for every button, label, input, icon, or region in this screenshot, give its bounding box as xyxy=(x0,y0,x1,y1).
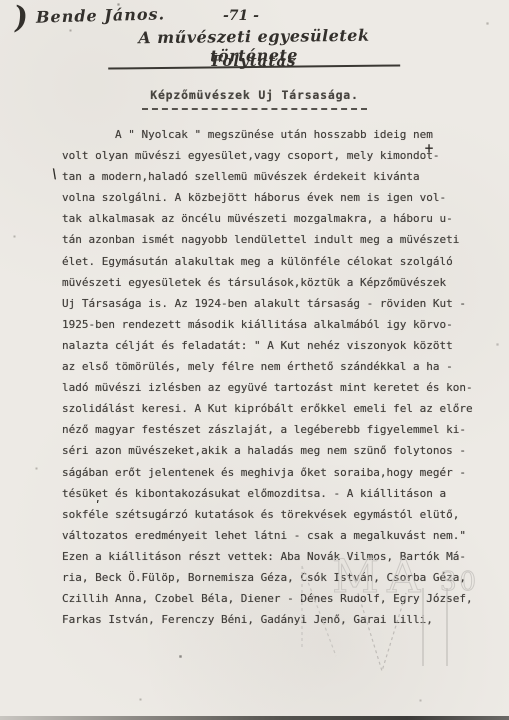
scan-bottom-edge xyxy=(0,716,509,720)
handwritten-correction-stroke: \ xyxy=(51,167,58,183)
typewritten-body-text: A " Nyolcak " megszünése után hosszabb i… xyxy=(62,124,482,630)
handwritten-subtitle: Folytatás xyxy=(108,52,400,70)
section-heading-row: Képzőmüvészek Uj Társasága. xyxy=(0,84,509,110)
annotator-bracket-mark: ) xyxy=(12,0,30,36)
paper-specks xyxy=(0,0,1,1)
handwritten-correction-cross: + xyxy=(424,141,434,155)
section-heading: Képzőmüvészek Uj Társasága. xyxy=(142,88,367,110)
handwritten-correction-accent: ʹ xyxy=(96,499,100,513)
scanned-document-page: ) Bende János. -71 - A művészeti egyesül… xyxy=(0,0,509,720)
page-number: -71 - xyxy=(196,8,286,24)
handwritten-author-name: Bende János. xyxy=(36,4,166,26)
